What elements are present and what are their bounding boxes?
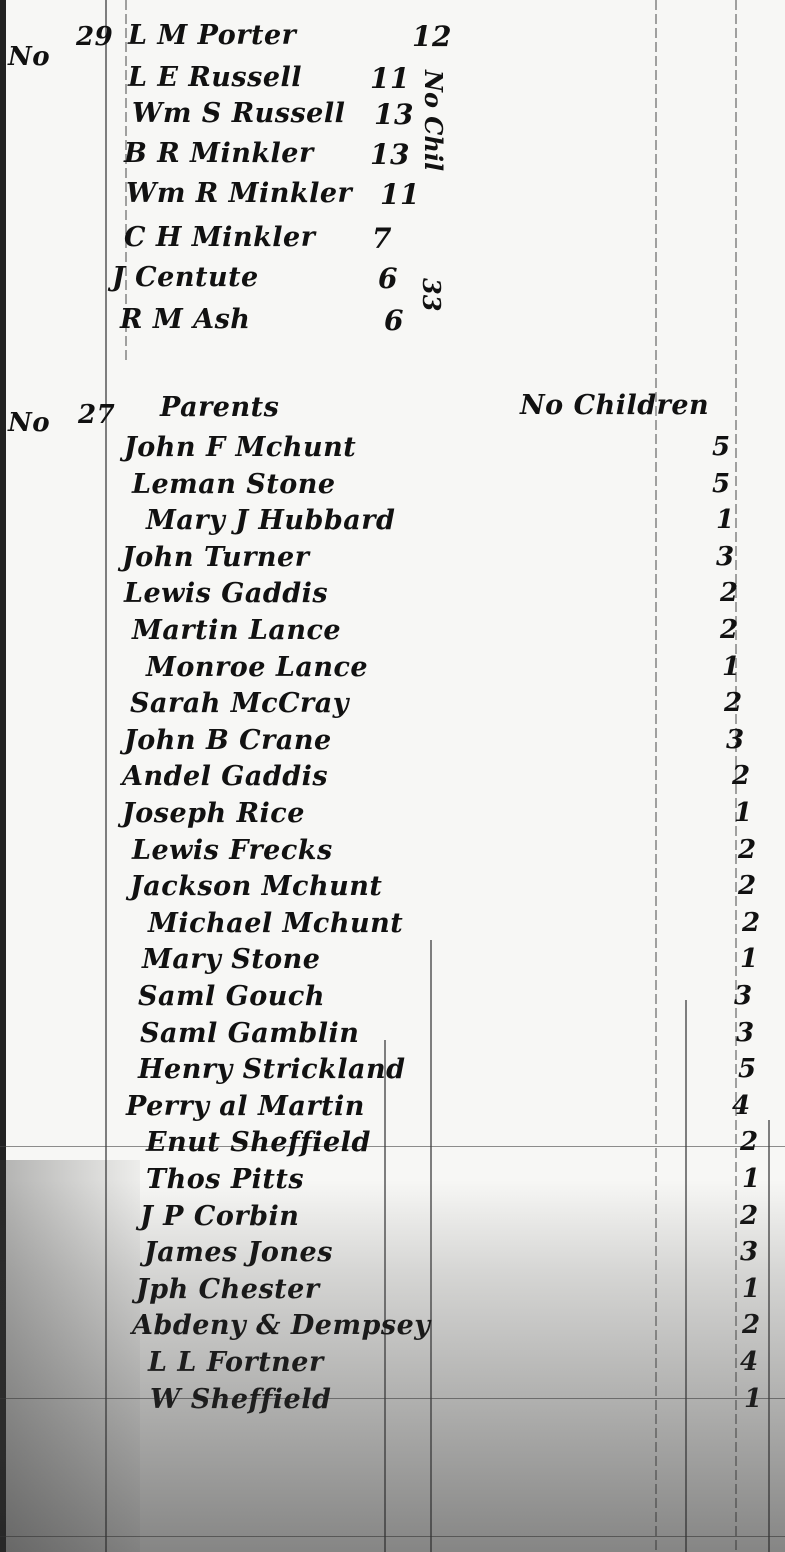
student-name: C H Minkler [124,222,315,253]
children-count: 5 [712,469,731,499]
section1-number: 29 [76,22,113,52]
row-rule [0,1398,785,1399]
page-edge [0,0,6,1552]
children-count: 5 [712,432,731,462]
children-count: 3 [740,1237,759,1267]
parent-name: Enut Sheffield [146,1127,371,1158]
column-rule [105,0,107,1552]
children-count: 2 [742,908,761,938]
column-rule [384,1040,386,1552]
children-count: 2 [740,1127,759,1157]
student-name: Wm S Russell [132,98,345,129]
children-count: 1 [742,1164,761,1194]
student-age: 11 [380,178,420,211]
parent-name: Leman Stone [132,469,336,500]
parent-name: J P Corbin [140,1201,299,1232]
column-rule [655,0,657,1552]
children-count: 1 [722,652,741,682]
header-parents: Parents [160,392,279,423]
parent-name: John B Crane [124,725,332,756]
parent-name: Martin Lance [132,615,341,646]
parent-name: John F Mchunt [124,432,356,463]
column-rule [430,940,432,1552]
children-count: 5 [738,1054,757,1084]
parent-name: Michael Mchunt [148,908,403,939]
children-count: 3 [716,542,735,572]
column-note: No Chil [419,70,448,171]
student-age: 11 [370,62,410,95]
parent-name: Mary J Hubbard [146,505,395,536]
children-count: 1 [744,1384,763,1414]
children-count: 3 [734,981,753,1011]
children-count: 4 [732,1091,751,1121]
children-count: 1 [734,798,753,828]
children-count: 2 [738,871,757,901]
children-count: 1 [742,1274,761,1304]
parent-name: Saml Gouch [138,981,325,1012]
parent-name: Joseph Rice [122,798,305,829]
student-name: J Centute [112,262,259,293]
parent-name: Thos Pitts [146,1164,304,1195]
student-name: L M Porter [128,20,296,51]
parent-name: Perry al Martin [126,1091,365,1122]
parent-name: Saml Gamblin [140,1018,359,1049]
parent-name: Lewis Gaddis [124,578,328,609]
student-age: 7 [372,222,392,255]
student-age: 13 [370,138,410,171]
header-children: No Children [520,390,709,421]
ledger-page: No 29 L M Porter 12 L E Russell 11 Wm S … [0,0,785,1552]
children-count: 2 [740,1201,759,1231]
parent-name: Abdeny & Dempsey [132,1310,431,1341]
parent-name: Andel Gaddis [122,761,328,792]
section1-label: No [8,42,50,72]
total-note: 33 [417,278,446,311]
student-age: 6 [384,304,404,337]
children-count: 2 [720,615,739,645]
children-count: 1 [740,944,759,974]
section2-label: No [8,408,50,438]
parent-name: Jackson Mchunt [130,871,382,902]
parent-name: W Sheffield [150,1384,331,1415]
scan-shading [0,1180,785,1552]
parent-name: L L Fortner [148,1347,324,1378]
children-count: 2 [720,578,739,608]
student-age: 12 [412,20,452,53]
parent-name: James Jones [144,1237,333,1268]
column-rule [768,1120,770,1552]
parent-name: Lewis Frecks [132,835,333,866]
children-count: 1 [716,505,735,535]
student-name: Wm R Minkler [126,178,352,209]
children-count: 3 [736,1018,755,1048]
children-count: 2 [742,1310,761,1340]
student-name: B R Minkler [124,138,314,169]
parent-name: Sarah McCray [130,688,349,719]
scan-shading [0,1160,140,1552]
children-count: 2 [738,835,757,865]
column-rule [685,1000,687,1552]
parent-name: Jph Chester [136,1274,320,1305]
parent-name: Monroe Lance [146,652,368,683]
section2-number: 27 [78,400,115,430]
children-count: 2 [732,761,751,791]
row-rule [0,1146,785,1147]
children-count: 3 [726,725,745,755]
student-age: 6 [378,262,398,295]
row-rule [0,1536,785,1537]
student-name: R M Ash [120,304,250,335]
children-count: 2 [724,688,743,718]
parent-name: John Turner [122,542,309,573]
student-age: 13 [374,98,414,131]
student-name: L E Russell [128,62,302,93]
parent-name: Mary Stone [142,944,320,975]
children-count: 4 [740,1347,759,1377]
parent-name: Henry Strickland [138,1054,406,1085]
